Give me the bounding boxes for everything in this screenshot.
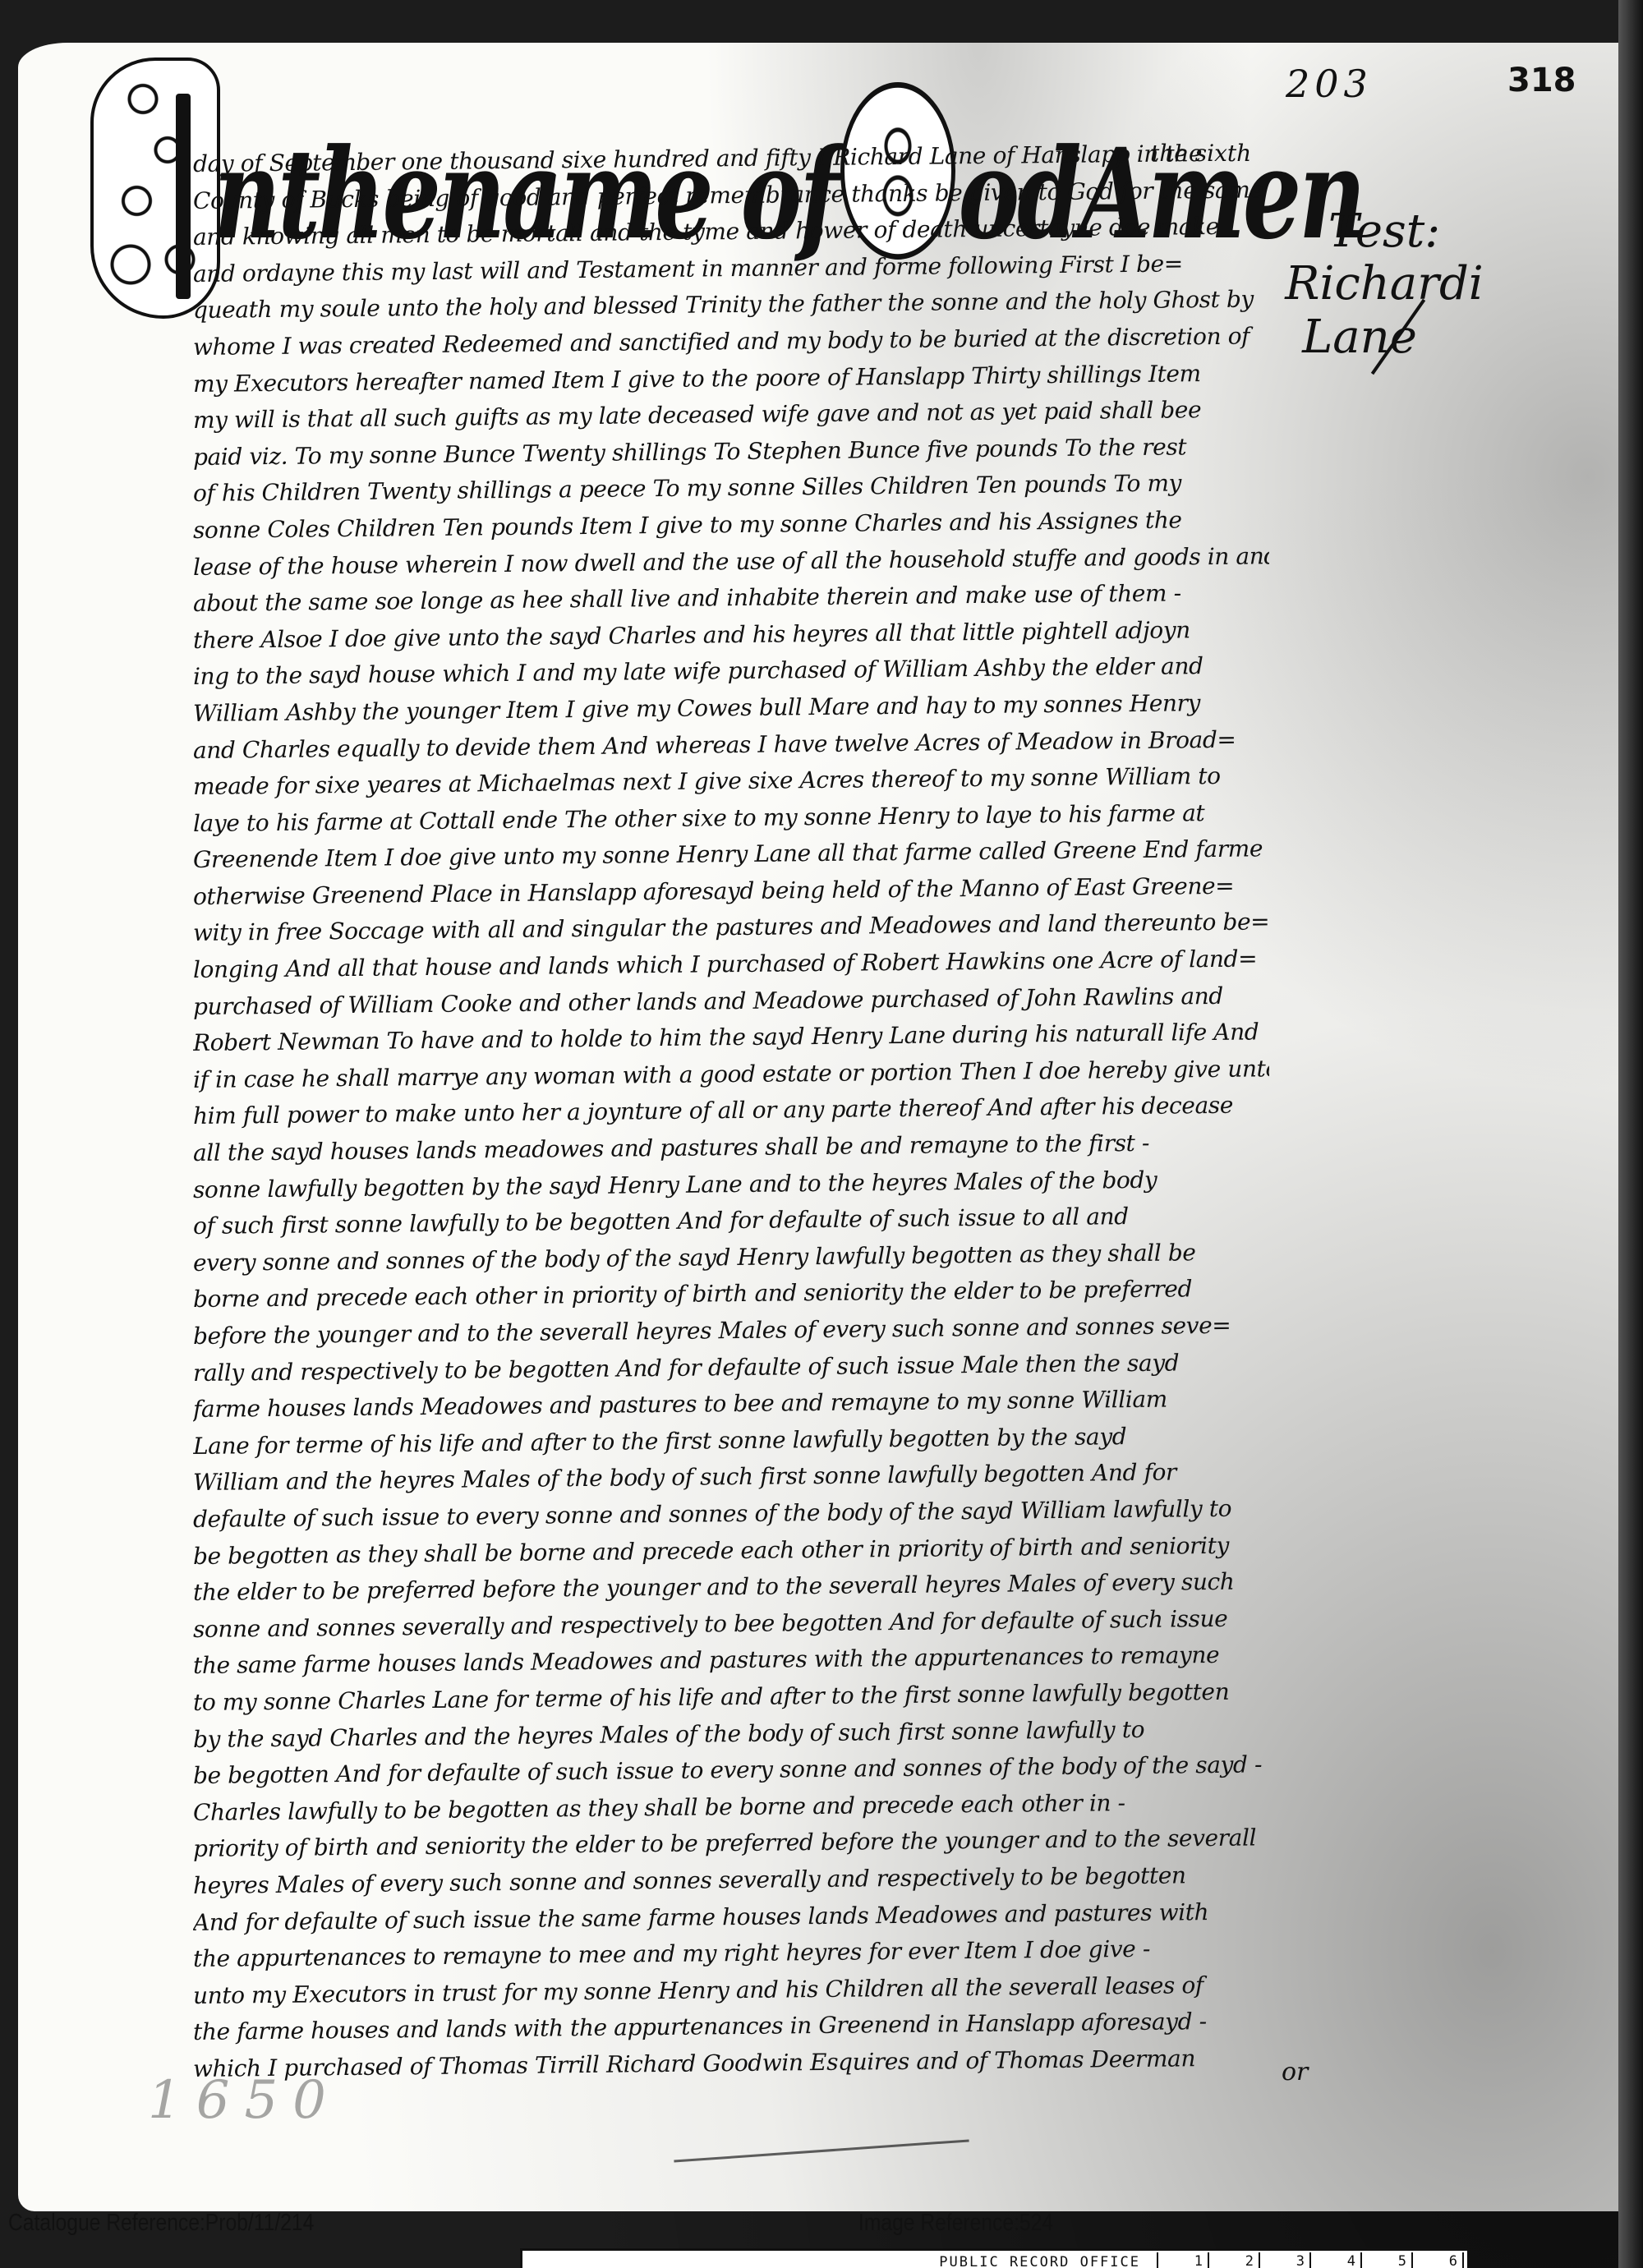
pro-scale-cell: 2 [1209,2252,1260,2268]
image-reference: Image Reference:524 [858,2210,1053,2237]
pro-label: PUBLIC RECORD OFFICE [522,2254,1157,2268]
pro-scale-cells: 123456 [1157,2252,1464,2268]
margin-note: Test: Richardi Lane [1249,205,1520,364]
folio-number-stamped: 318 [1507,62,1576,99]
faint-pencil-note: 1650 [148,2070,341,2131]
pro-scale-cell: 3 [1260,2252,1311,2268]
margin-note-line-1: Test: Richardi [1285,205,1483,311]
pro-scale-cell: 5 [1362,2252,1413,2268]
public-record-office-strip: PUBLIC RECORD OFFICE 123456 [520,2248,1467,2268]
pro-scale-cell: 1 [1158,2252,1209,2268]
binding-edge [1618,0,1643,2268]
will-body-text: day of September one thousand sixe hundr… [193,146,1269,2087]
catalogue-reference: Catalogue Reference:Prob/11/214 [8,2210,314,2237]
pro-scale-cell: 4 [1311,2252,1362,2268]
pro-scale-cell: 6 [1413,2252,1464,2268]
folio-number-handwritten: 203 [1286,62,1373,106]
catchword: or [1282,2058,1308,2086]
